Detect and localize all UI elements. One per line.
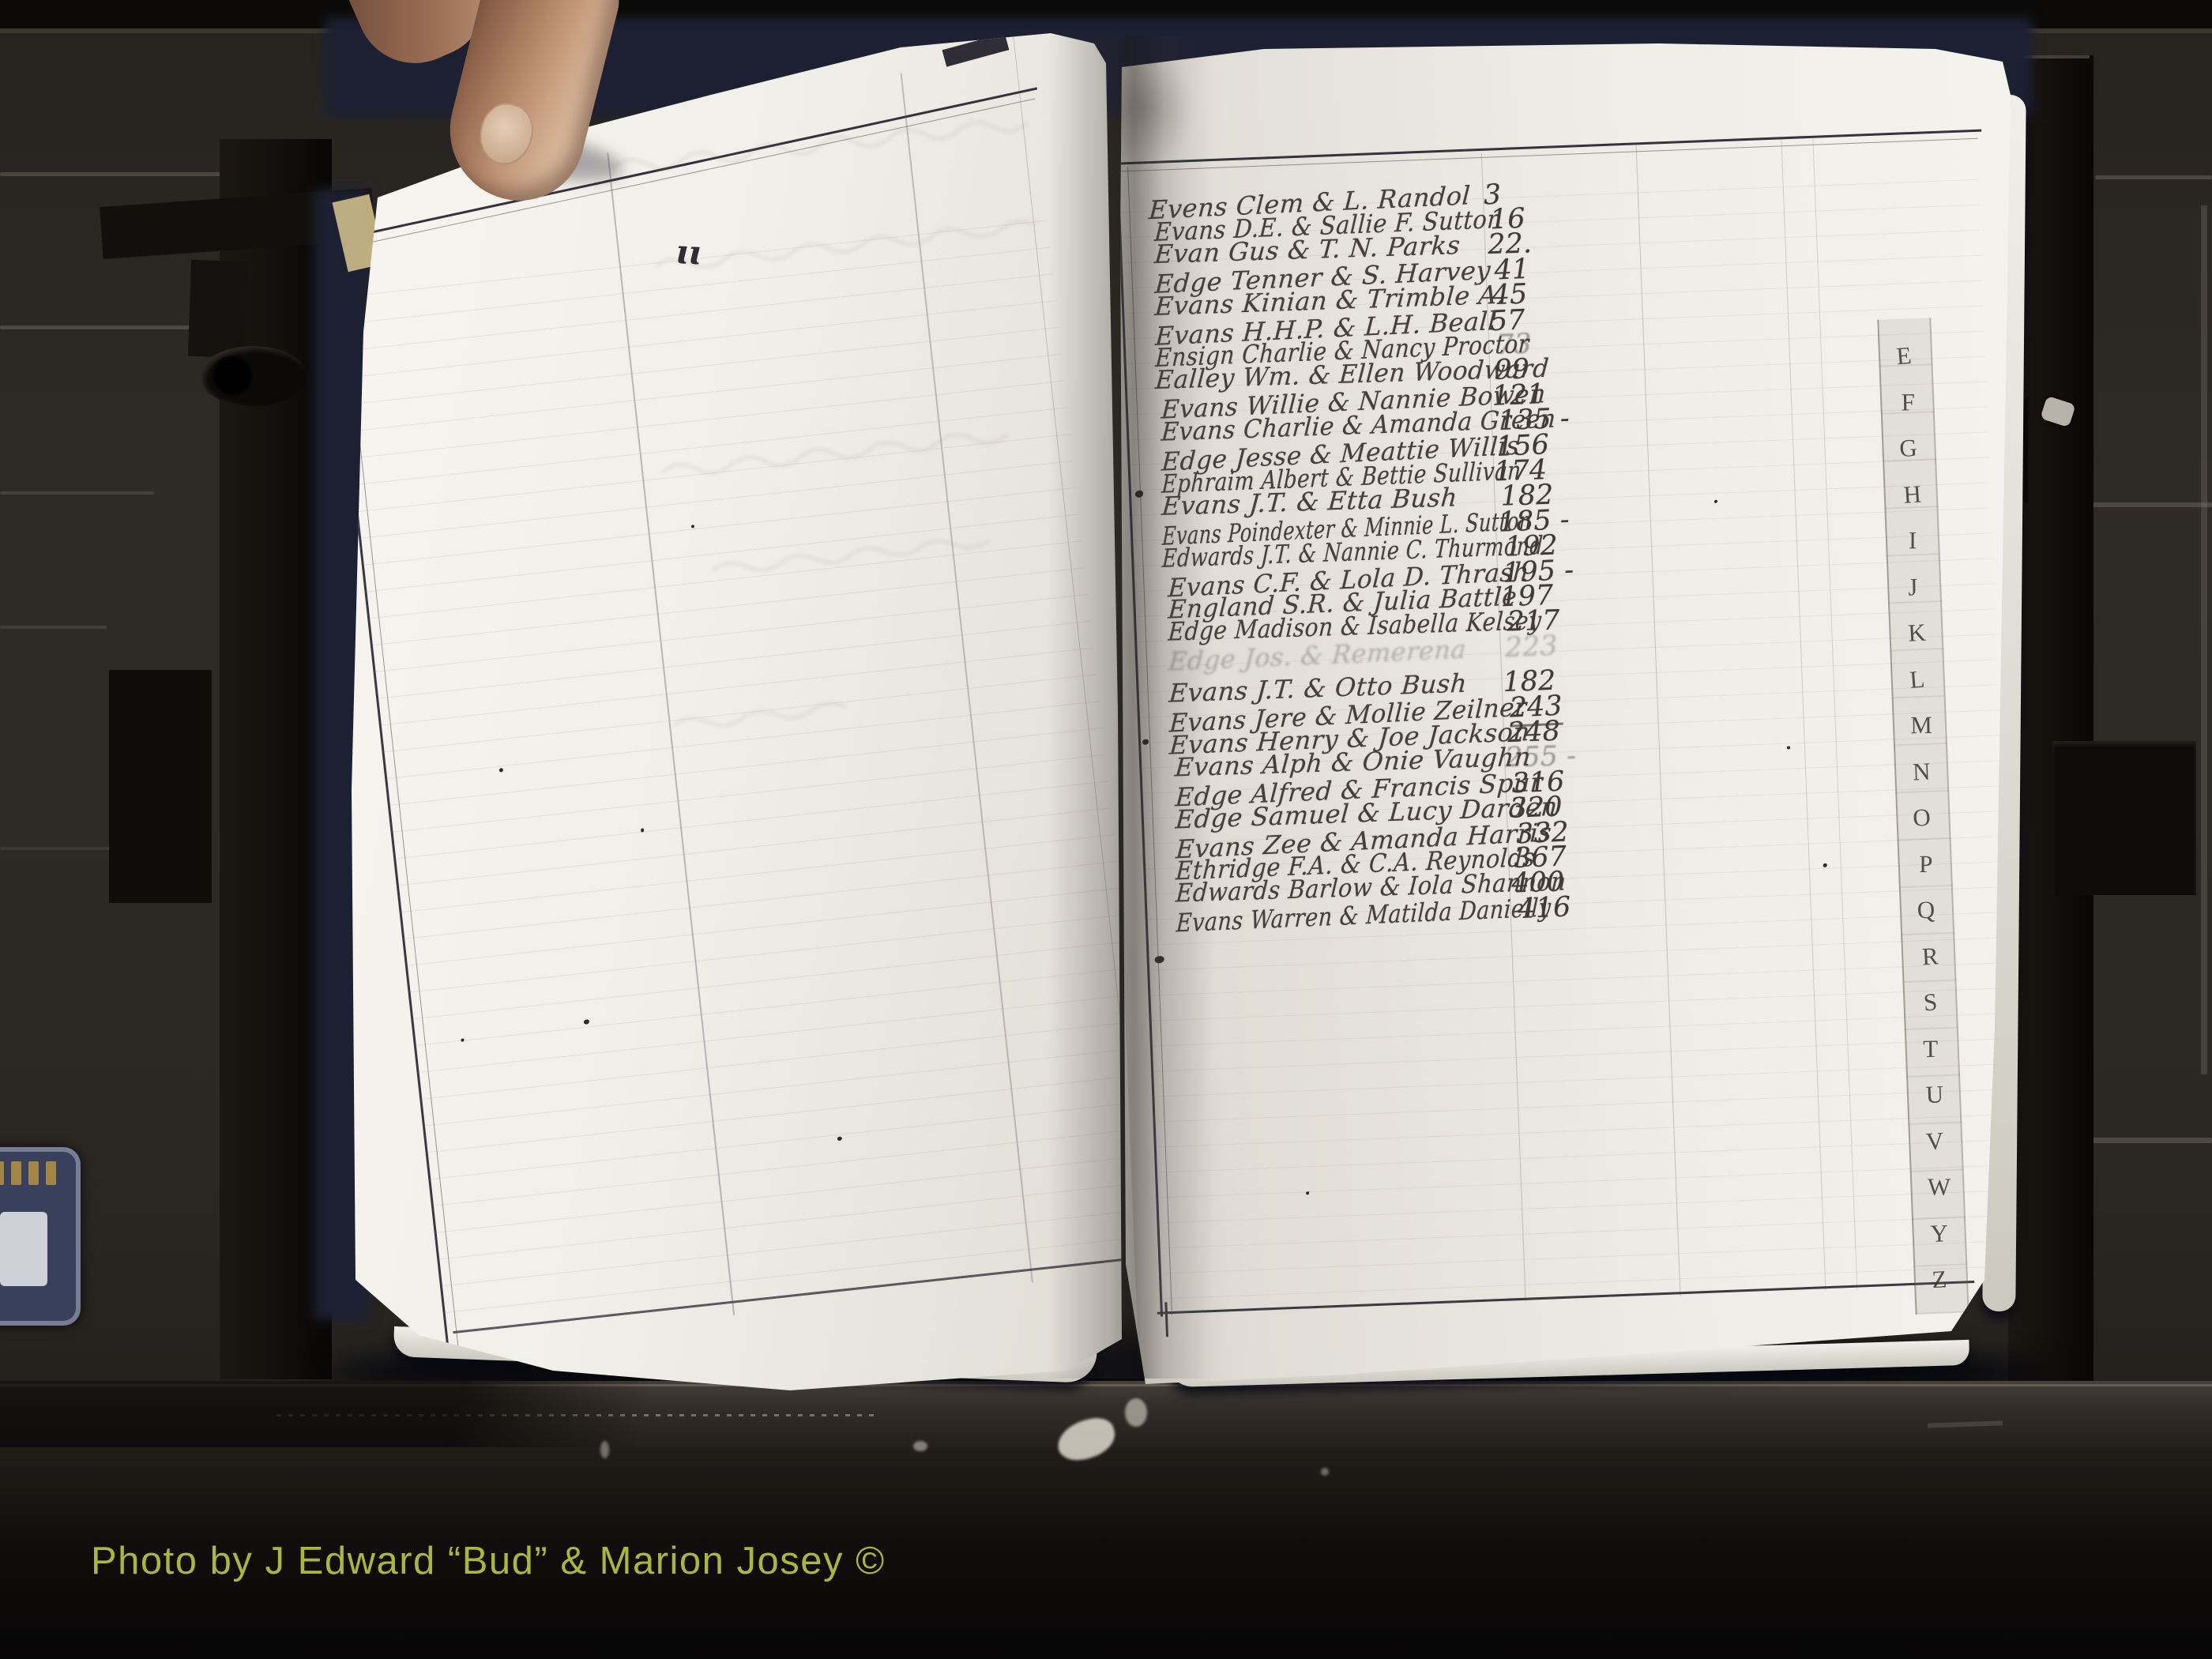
entry-page-number: 223 xyxy=(1504,630,1558,664)
alphabet-tab-z: Z xyxy=(1913,1255,1966,1303)
alphabet-tab-e: E xyxy=(1877,331,1931,381)
alphabet-tab-m: M xyxy=(1896,702,1947,749)
wall-groove xyxy=(0,491,154,495)
memory-card-pin xyxy=(11,1161,21,1185)
book-press-left-bracket xyxy=(188,260,248,358)
alphabet-tab-l: L xyxy=(1890,654,1944,704)
photographer-watermark: Photo by J Edward “Bud” & Marion Josey © xyxy=(91,1539,886,1583)
entry-page-number: 416 xyxy=(1518,891,1571,925)
alphabet-tab-w: W xyxy=(1913,1164,1964,1210)
alphabet-tab-h: H xyxy=(1886,470,1939,519)
memory-card-label xyxy=(0,1212,47,1286)
alphabet-tab-y: Y xyxy=(1913,1209,1965,1257)
alphabet-tab-u: U xyxy=(1909,1071,1961,1119)
alphabet-tab-t: T xyxy=(1905,1025,1956,1072)
paint-scuff xyxy=(600,1441,609,1458)
paint-scuff xyxy=(913,1441,927,1451)
fingernail xyxy=(473,98,539,171)
wall-groove xyxy=(0,847,118,850)
alphabet-tab-q: Q xyxy=(1900,886,1951,934)
book-press-right-lower-bracket xyxy=(2052,741,2196,895)
wall-groove xyxy=(2095,175,2212,179)
alphabet-tab-n: N xyxy=(1895,747,1947,795)
book-press-left-knob-hole xyxy=(210,355,256,397)
alphabet-tab-p: P xyxy=(1901,841,1951,886)
wall-edge-highlight xyxy=(2201,205,2207,1074)
memory-card-pin xyxy=(0,1161,4,1185)
book-press-left-lower-bracket xyxy=(109,670,212,903)
alphabet-tab-o: O xyxy=(1895,793,1949,842)
photographed-marriage-index-book: ɩɩ xyxy=(0,0,2212,1659)
stray-ink-mark: ɩɩ xyxy=(675,232,702,273)
alphabet-tab-i: I xyxy=(1887,517,1938,563)
alphabet-tab-j: J xyxy=(1887,563,1939,611)
wall-groove xyxy=(0,626,107,629)
paint-scuff xyxy=(1321,1468,1329,1476)
memory-card xyxy=(0,1147,81,1326)
memory-card-pin xyxy=(28,1161,39,1185)
left-page: ɩɩ xyxy=(332,24,1138,1398)
right-page: Evens Clem & L. Randol3Evans D.E. & Sall… xyxy=(1114,32,2030,1390)
right-page-ruling: Evens Clem & L. Randol3Evans D.E. & Sall… xyxy=(1088,14,2056,1407)
memory-card-pin xyxy=(46,1161,56,1185)
alphabet-tab-g: G xyxy=(1882,424,1934,472)
alphabet-tab-k: K xyxy=(1890,609,1943,657)
alphabet-tab-f: F xyxy=(1883,379,1934,426)
paint-scuff xyxy=(1125,1398,1147,1427)
alphabet-tab-v: V xyxy=(1908,1116,1962,1165)
alphabet-tab-r: R xyxy=(1904,932,1957,980)
book-gutter-shadow xyxy=(1048,36,1213,1379)
alphabet-tab-s: S xyxy=(1903,977,1957,1027)
wall-groove xyxy=(0,172,231,176)
